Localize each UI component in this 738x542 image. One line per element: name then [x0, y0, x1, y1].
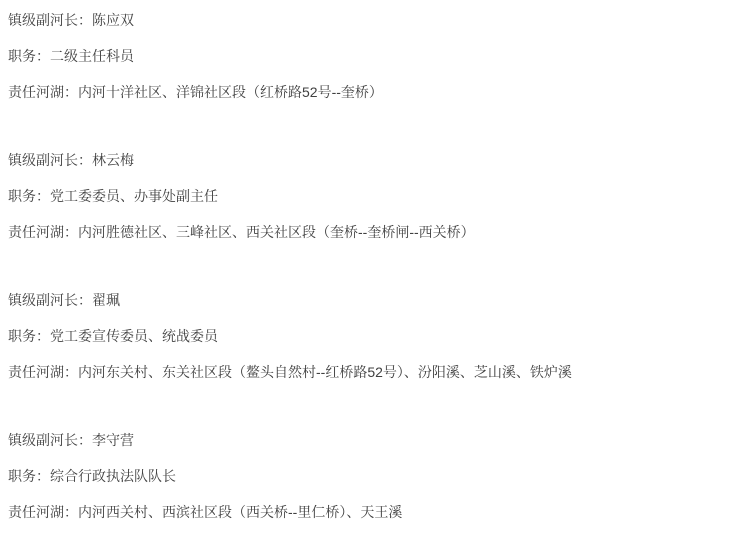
rivers-line: 责任河湖：内河十洋社区、洋锦社区段（红桥路52号--奎桥） — [8, 84, 718, 100]
role-line: 镇级副河长：陈应双 — [8, 12, 718, 28]
position-label: 职务： — [8, 468, 50, 484]
official-name: 翟珮 — [92, 292, 120, 308]
position-value: 党工委宣传委员、统战委员 — [50, 328, 218, 344]
position-label: 职务： — [8, 188, 50, 204]
rivers-line: 责任河湖：内河胜德社区、三峰社区、西关社区段（奎桥--奎桥闸--西关桥） — [8, 224, 718, 240]
rivers-label: 责任河湖： — [8, 84, 78, 100]
official-block-2: 镇级副河长：林云梅 职务：党工委委员、办事处副主任 责任河湖：内河胜德社区、三峰… — [8, 152, 718, 240]
rivers-label: 责任河湖： — [8, 224, 78, 240]
rivers-value: 内河西关村、西滨社区段（西关桥--里仁桥）、天王溪 — [78, 504, 402, 520]
rivers-line: 责任河湖：内河西关村、西滨社区段（西关桥--里仁桥）、天王溪 — [8, 504, 718, 520]
role-line: 镇级副河长：翟珮 — [8, 292, 718, 308]
role-label: 镇级副河长： — [8, 292, 92, 308]
position-label: 职务： — [8, 48, 50, 64]
official-name: 李守营 — [92, 432, 134, 448]
official-block-1: 镇级副河长：陈应双 职务：二级主任科员 责任河湖：内河十洋社区、洋锦社区段（红桥… — [8, 12, 718, 100]
official-block-3: 镇级副河长：翟珮 职务：党工委宣传委员、统战委员 责任河湖：内河东关村、东关社区… — [8, 292, 718, 380]
role-line: 镇级副河长：林云梅 — [8, 152, 718, 168]
rivers-value: 内河东关村、东关社区段（鳌头自然村--红桥路52号）、汾阳溪、芝山溪、铁炉溪 — [78, 364, 572, 380]
rivers-label: 责任河湖： — [8, 504, 78, 520]
position-line: 职务：党工委宣传委员、统战委员 — [8, 328, 718, 344]
position-value: 二级主任科员 — [50, 48, 134, 64]
rivers-value: 内河十洋社区、洋锦社区段（红桥路52号--奎桥） — [78, 84, 383, 100]
rivers-value: 内河胜德社区、三峰社区、西关社区段（奎桥--奎桥闸--西关桥） — [78, 224, 475, 240]
position-line: 职务：综合行政执法队队长 — [8, 468, 718, 484]
role-label: 镇级副河长： — [8, 432, 92, 448]
official-name: 林云梅 — [92, 152, 134, 168]
position-line: 职务：党工委委员、办事处副主任 — [8, 188, 718, 204]
position-line: 职务：二级主任科员 — [8, 48, 718, 64]
role-line: 镇级副河长：李守营 — [8, 432, 718, 448]
rivers-line: 责任河湖：内河东关村、东关社区段（鳌头自然村--红桥路52号）、汾阳溪、芝山溪、… — [8, 364, 718, 380]
official-block-4: 镇级副河长：李守营 职务：综合行政执法队队长 责任河湖：内河西关村、西滨社区段（… — [8, 432, 718, 520]
position-value: 综合行政执法队队长 — [50, 468, 176, 484]
position-label: 职务： — [8, 328, 50, 344]
position-value: 党工委委员、办事处副主任 — [50, 188, 218, 204]
role-label: 镇级副河长： — [8, 152, 92, 168]
river-chief-document: 镇级副河长：陈应双 职务：二级主任科员 责任河湖：内河十洋社区、洋锦社区段（红桥… — [0, 0, 738, 542]
rivers-label: 责任河湖： — [8, 364, 78, 380]
role-label: 镇级副河长： — [8, 12, 92, 28]
official-name: 陈应双 — [92, 12, 134, 28]
